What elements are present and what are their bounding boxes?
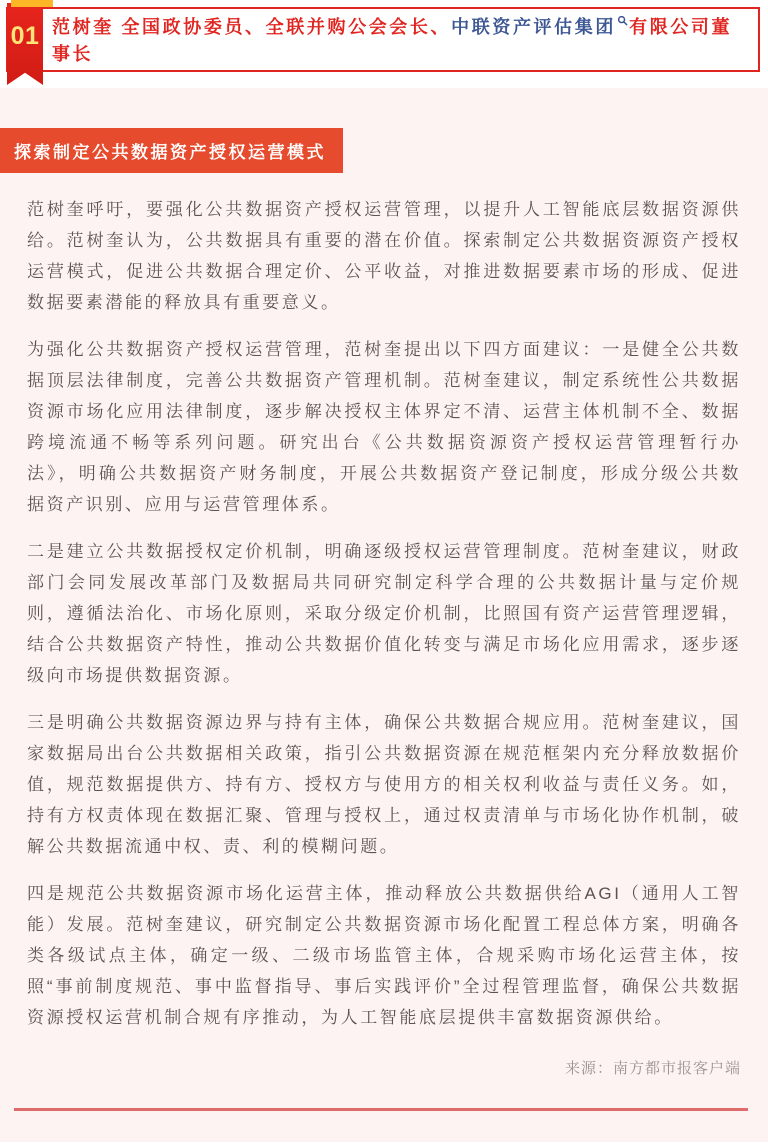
topic-banner-label: 探索制定公共数据资产授权运营模式 bbox=[14, 143, 326, 162]
paragraph-5: 四是规范公共数据资源市场化运营主体，推动释放公共数据供给AGI（通用人工智能）发… bbox=[27, 878, 741, 1033]
title-box: 范树奎 全国政协委员、全联并购公会会长、中联资产评估集团有限公司董事长 bbox=[6, 7, 760, 72]
number-ribbon: 01 bbox=[7, 3, 43, 85]
topic-banner: 探索制定公共数据资产授权运营模式 bbox=[0, 128, 343, 173]
article-body: 范树奎呼吁，要强化公共数据资产授权运营管理，以提升人工智能底层数据资源供给。范树… bbox=[27, 194, 741, 1033]
paragraph-4: 三是明确公共数据资源边界与持有主体，确保公共数据合规应用。范树奎建议，国家数据局… bbox=[27, 707, 741, 862]
bottom-divider bbox=[14, 1108, 748, 1111]
search-icon[interactable] bbox=[617, 15, 628, 26]
title-part1: 范树奎 全国政协委员、全联并购公会会长、 bbox=[52, 17, 451, 37]
section-title: 范树奎 全国政协委员、全联并购公会会长、中联资产评估集团有限公司董事长 bbox=[8, 9, 758, 68]
source-line: 来源：南方都市报客户端 bbox=[27, 1057, 741, 1078]
paragraph-3: 二是建立公共数据授权定价机制，明确逐级授权运营管理制度。范树奎建议，财政部门会同… bbox=[27, 536, 741, 691]
badge-number: 01 bbox=[11, 22, 40, 51]
ribbon-fold bbox=[11, 0, 53, 7]
article-content: 探索制定公共数据资产授权运营模式 范树奎呼吁，要强化公共数据资产授权运营管理，以… bbox=[0, 88, 768, 1142]
paragraph-2: 为强化公共数据资产授权运营管理，范树奎提出以下四方面建议：一是健全公共数据顶层法… bbox=[27, 334, 741, 520]
paragraph-1: 范树奎呼吁，要强化公共数据资产授权运营管理，以提升人工智能底层数据资源供给。范树… bbox=[27, 194, 741, 318]
company-link[interactable]: 中联资产评估集团 bbox=[451, 17, 616, 37]
